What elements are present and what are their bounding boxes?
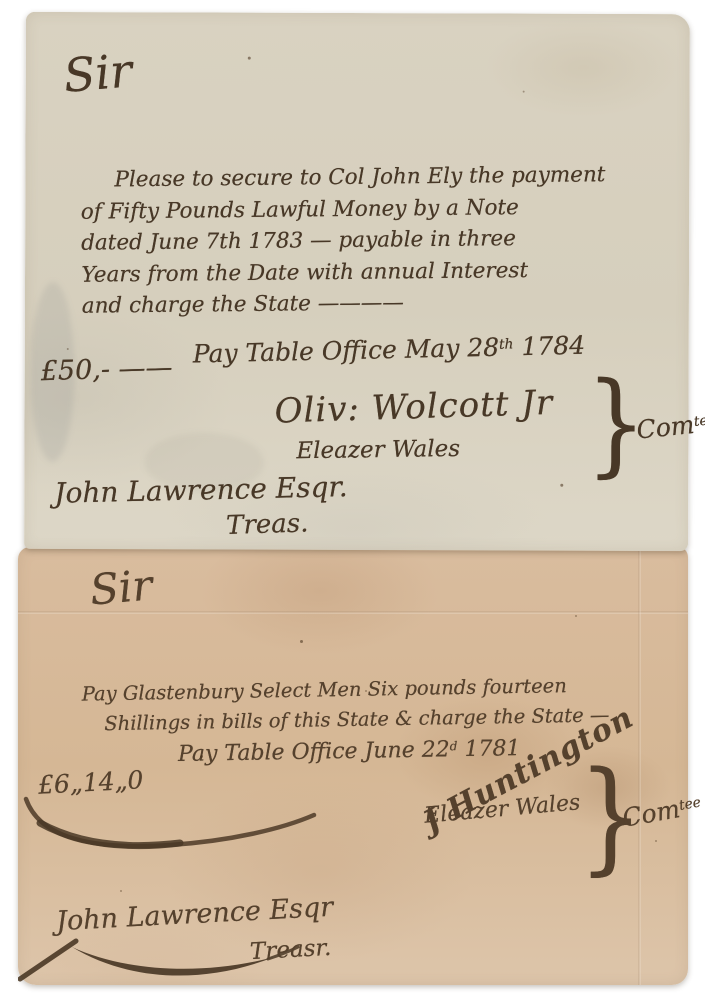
office-date-text: Pay Table Office May 28 <box>192 333 499 369</box>
office-date-text: Pay Table Office June 22 <box>178 737 450 767</box>
amount-underline-flourish <box>20 793 320 857</box>
body-line: and charge the State ———— <box>82 285 607 322</box>
addressee-title-treasurer: Treasr. <box>249 935 331 965</box>
amount-pounds: £50,- —— <box>40 352 173 387</box>
foxing-speck <box>248 57 251 60</box>
foxing-speck <box>300 640 303 643</box>
foxing-speck <box>365 690 367 692</box>
committee-label: Comte <box>635 409 705 445</box>
salutation: Sir <box>88 560 154 614</box>
body-line: Please to secure to Col John Ely the pay… <box>80 159 605 196</box>
document-pay-order-1781: Sir Pay Glastenbury Select Men Six pound… <box>18 547 688 985</box>
ordinal-superscript: th <box>499 336 514 352</box>
addressee-title-treasurer: Treas. <box>226 508 309 541</box>
foxing-speck <box>575 615 577 617</box>
committee-superscript: te <box>693 413 705 430</box>
document-pay-order-1784: Sir Please to secure to Col John Ely the… <box>24 12 690 551</box>
office-date-line: Pay Table Office June 22d 1781 <box>178 736 521 767</box>
foxing-speck <box>655 840 657 842</box>
foxing-speck <box>120 890 122 892</box>
body-text: Pay Glastenbury Select Men Six pounds fo… <box>82 670 610 739</box>
committee-superscript: tee <box>678 794 702 814</box>
foxing-speck <box>67 348 69 350</box>
signature-eleazer-wales: Eleazer Wales <box>296 436 460 464</box>
scanned-documents: Sir Please to secure to Col John Ely the… <box>0 0 705 1000</box>
office-date-line: Pay Table Office May 28th 1784 <box>192 331 585 369</box>
addressee-john-lawrence: John Lawrence Esqr <box>55 892 334 937</box>
salutation: Sir <box>62 43 134 103</box>
body-line: Years from the Date with annual Interest <box>81 254 606 291</box>
committee-base: Com <box>635 410 696 445</box>
foxing-speck <box>560 484 563 487</box>
foxing-speck <box>200 755 203 758</box>
foxing-speck <box>523 91 525 93</box>
addressee-john-lawrence: John Lawrence Esqr. <box>54 470 348 510</box>
signature-oliver-wolcott: Oliv: Wolcott Jr <box>274 383 554 432</box>
office-year: 1784 <box>513 331 585 362</box>
body-text: Please to secure to Col John Ely the pay… <box>80 159 607 322</box>
